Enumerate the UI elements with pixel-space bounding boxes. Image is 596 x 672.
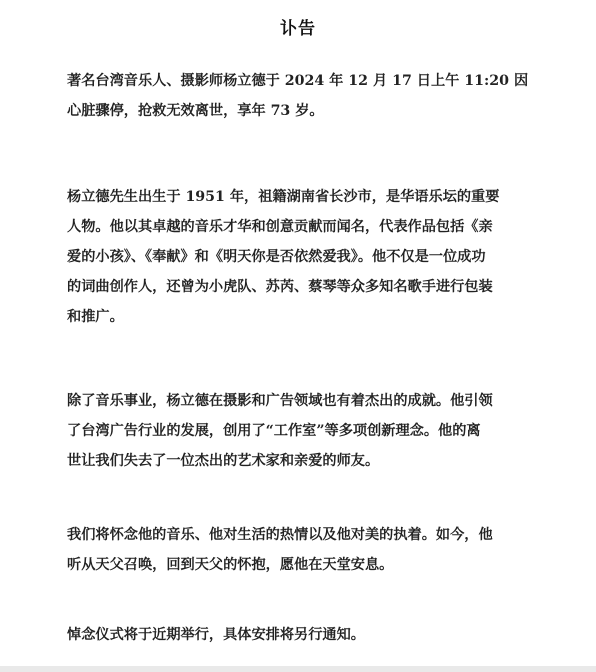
paragraph-biography: 杨立德先生出生于 1951 年，祖籍湖南省长沙市，是华语乐坛的重要 人物。他以其… (67, 182, 537, 332)
paragraph-achievements: 除了音乐事业，杨立德在摄影和广告领域也有着杰出的成就。他引领 了台湾广告行业的发… (67, 386, 537, 476)
text-line: 我们将怀念他的音乐、他对生活的热情以及他对美的执着。如今，他 (67, 520, 537, 550)
text-line: 听从天父召唤，回到天父的怀抱，愿他在天堂安息。 (67, 550, 537, 580)
bottom-edge-divider (0, 666, 596, 672)
text-line: 的词曲创作人，还曾为小虎队、苏芮、蔡琴等众多知名歌手进行包装 (67, 272, 537, 302)
text-line: 除了音乐事业，杨立德在摄影和广告领域也有着杰出的成就。他引领 (67, 386, 537, 416)
text-line: 爱的小孩》、《奉献》和《明天你是否依然爱我》。他不仅是一位成功 (67, 242, 537, 272)
text-line: 人物。他以其卓越的音乐才华和创意贡献而闻名，代表作品包括《亲 (67, 212, 537, 242)
paragraph-announcement: 著名台湾音乐人、摄影师杨立德于 2024 年 12 月 17 日上午 11:20… (67, 66, 537, 126)
text-line: 和推广。 (67, 302, 537, 332)
text-line: 心脏骤停，抢救无效离世，享年 73 岁。 (67, 96, 537, 126)
text-line: 悼念仪式将于近期举行，具体安排将另行通知。 (67, 620, 537, 650)
paragraph-memorial-notice: 悼念仪式将于近期举行，具体安排将另行通知。 (67, 620, 537, 650)
paragraph-remembrance: 我们将怀念他的音乐、他对生活的热情以及他对美的执着。如今，他 听从天父召唤，回到… (67, 520, 537, 580)
document-title: 讣告 (0, 14, 596, 39)
text-line: 了台湾广告行业的发展，创用了“工作室”等多项创新理念。他的离 (67, 416, 537, 446)
text-line: 著名台湾音乐人、摄影师杨立德于 2024 年 12 月 17 日上午 11:20… (67, 66, 537, 96)
text-line: 杨立德先生出生于 1951 年，祖籍湖南省长沙市，是华语乐坛的重要 (67, 182, 537, 212)
document-page: 讣告 著名台湾音乐人、摄影师杨立德于 2024 年 12 月 17 日上午 11… (0, 0, 596, 666)
text-line: 世让我们失去了一位杰出的艺术家和亲爱的师友。 (67, 446, 537, 476)
